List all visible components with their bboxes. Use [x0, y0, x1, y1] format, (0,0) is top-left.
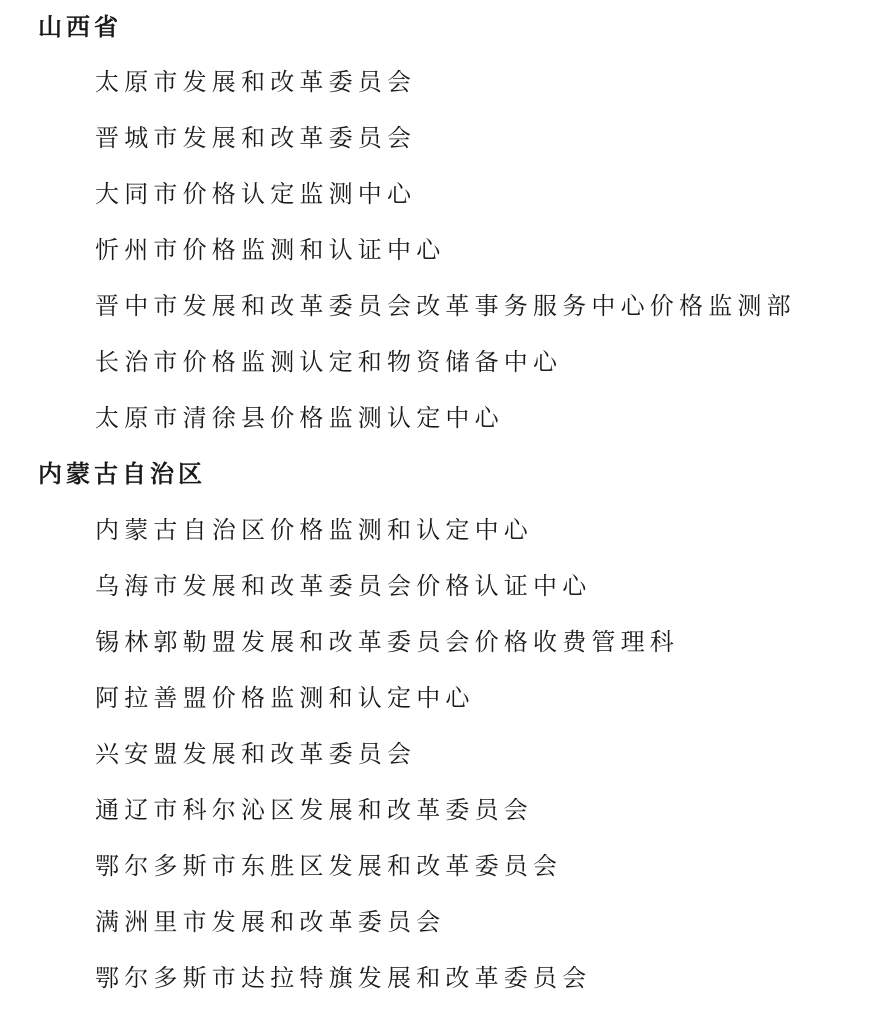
list-item: 阿拉善盟价格监测和认定中心	[95, 683, 475, 713]
list-item: 乌海市发展和改革委员会价格认证中心	[95, 571, 591, 601]
list-item: 兴安盟发展和改革委员会	[95, 739, 416, 769]
list-item: 内蒙古自治区价格监测和认定中心	[95, 515, 533, 545]
list-item: 鄂尔多斯市东胜区发展和改革委员会	[95, 851, 562, 881]
list-item: 鄂尔多斯市达拉特旗发展和改革委员会	[95, 963, 591, 993]
list-item: 太原市清徐县价格监测认定中心	[95, 403, 504, 433]
section-heading-inner-mongolia: 内蒙古自治区	[38, 459, 206, 489]
list-item: 晋城市发展和改革委员会	[95, 123, 416, 153]
list-item: 忻州市价格监测和认证中心	[95, 235, 445, 265]
list-item: 晋中市发展和改革委员会改革事务服务中心价格监测部	[95, 291, 796, 321]
list-item: 长治市价格监测认定和物资储备中心	[95, 347, 562, 377]
section-heading-shanxi: 山西省	[38, 12, 122, 42]
list-item: 大同市价格认定监测中心	[95, 179, 416, 209]
list-item: 满洲里市发展和改革委员会	[95, 907, 445, 937]
list-item: 锡林郭勒盟发展和改革委员会价格收费管理科	[95, 627, 679, 657]
list-item: 通辽市科尔沁区发展和改革委员会	[95, 795, 533, 825]
list-item: 太原市发展和改革委员会	[95, 67, 416, 97]
